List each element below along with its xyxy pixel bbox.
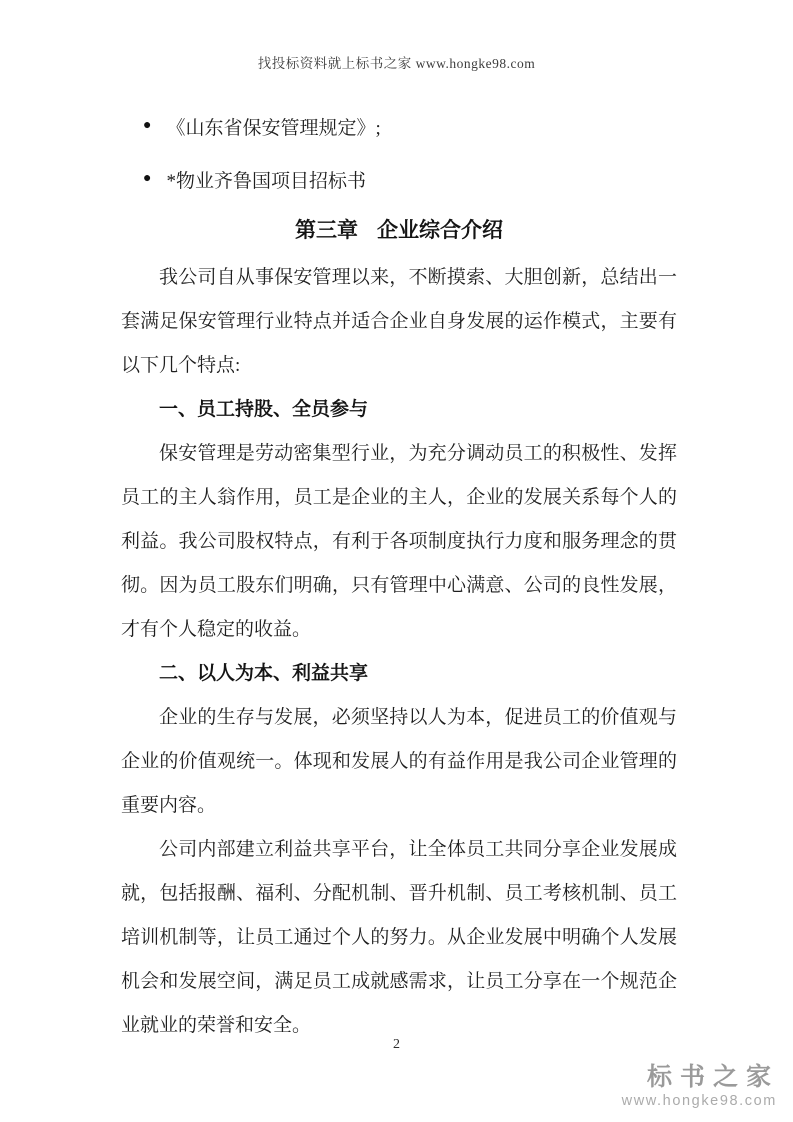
page-number: 2 [0, 1037, 793, 1053]
section-1-paragraph: 保安管理是劳动密集型行业，为充分调动员工的积极性、发挥员工的主人翁作用，员工是企… [121, 432, 677, 652]
document-page: 找投标资料就上标书之家 www.hongke98.com ● 《山东省保安管理规… [0, 0, 793, 1122]
document-body: ● 《山东省保安管理规定》; ● *物业齐鲁国项目招标书 第三章 企业综合介绍 … [121, 110, 677, 1048]
list-item: ● *物业齐鲁国项目招标书 [121, 163, 677, 195]
bullet-icon: ● [143, 119, 151, 133]
chapter-number: 第三章 [295, 216, 358, 246]
bullet-icon: ● [143, 172, 151, 186]
bullet-list: ● 《山东省保安管理规定》; ● *物业齐鲁国项目招标书 [121, 110, 677, 195]
watermark-url-text: www.hongke98.com [622, 1091, 777, 1111]
section-heading-1: 一、员工持股、全员参与 [121, 388, 677, 432]
bullet-label: *物业齐鲁国项目招标书 [166, 166, 366, 193]
bullet-label: 《山东省保安管理规定》; [166, 113, 380, 140]
watermark-brand-text: 标书之家 [622, 1064, 779, 1090]
section-2-paragraph: 公司内部建立利益共享平台，让全体员工共同分享企业发展成就，包括报酬、福利、分配机… [121, 828, 677, 1048]
intro-paragraph: 我公司自从事保安管理以来，不断摸索、大胆创新，总结出一套满足保安管理行业特点并适… [121, 256, 677, 388]
section-2-paragraph: 企业的生存与发展，必须坚持以人为本，促进员工的价值观与企业的价值观统一。体现和发… [121, 696, 677, 828]
list-item: ● 《山东省保安管理规定》; [121, 110, 677, 142]
section-heading-2: 二、以人为本、利益共享 [121, 652, 677, 696]
chapter-title: 第三章 企业综合介绍 [121, 216, 677, 246]
document-header-text: 找投标资料就上标书之家 www.hongke98.com [0, 52, 793, 72]
watermark: 标书之家 www.hongke98.com [622, 1064, 777, 1111]
chapter-name: 企业综合介绍 [377, 216, 503, 246]
